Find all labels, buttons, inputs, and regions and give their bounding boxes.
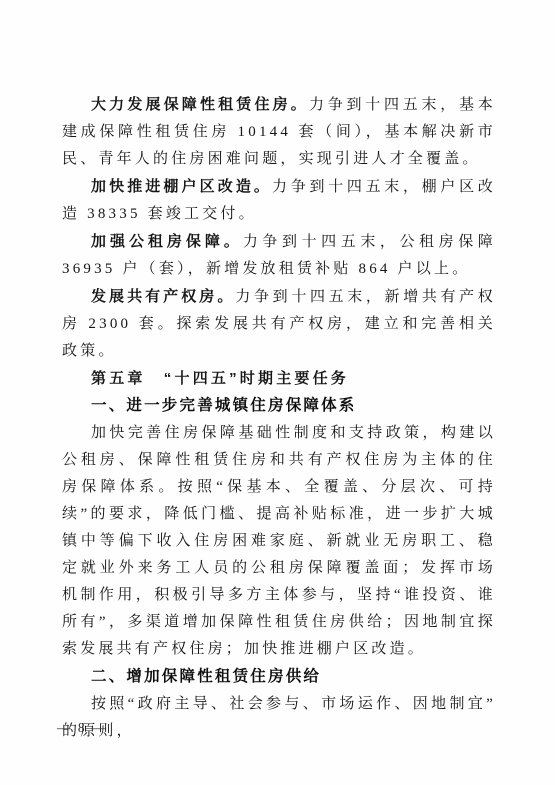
run-in-heading: 大力发展保障性租赁住房。 [91, 96, 309, 113]
paragraph-public-rental: 加强公租房保障。力争到十四五末，公租房保障 36935 户（套），新增发放租赁补… [62, 228, 496, 283]
section-heading-2: 二、增加保障性租赁住房供给 [62, 663, 496, 691]
section-heading-1: 一、进一步完善城镇住房保障体系 [62, 392, 496, 420]
paragraph-rental-housing: 大力发展保障性租赁住房。力争到十四五末，基本建成保障性租赁住房 10144 套（… [62, 91, 496, 173]
document-page: 大力发展保障性租赁住房。力争到十四五末，基本建成保障性租赁住房 10144 套（… [0, 0, 555, 785]
document-content: 大力发展保障性租赁住房。力争到十四五末，基本建成保障性租赁住房 10144 套（… [0, 0, 555, 745]
paragraph-shared-ownership: 发展共有产权房。力争到十四五末，新增共有产权房 2300 套。探索发展共有产权房… [62, 283, 496, 365]
paragraph-shantytown: 加快推进棚户区改造。力争到十四五末，棚户区改造 38335 套竣工交付。 [62, 173, 496, 228]
section-2-body: 按照“政府主导、社会参与、市场运作、因地制宜”的原则， [62, 691, 496, 745]
page-number: — 8 — [57, 720, 108, 736]
section-1-body: 加快完善住房保障基础性制度和支持政策，构建以公租房、保障性租赁住房和共有产权住房… [62, 420, 496, 663]
run-in-heading: 加强公租房保障。 [91, 233, 243, 250]
chapter-title: 第五章 “十四五”时期主要任务 [62, 365, 496, 392]
run-in-heading: 加快推进棚户区改造。 [91, 178, 272, 195]
run-in-heading: 发展共有产权房。 [91, 288, 235, 305]
